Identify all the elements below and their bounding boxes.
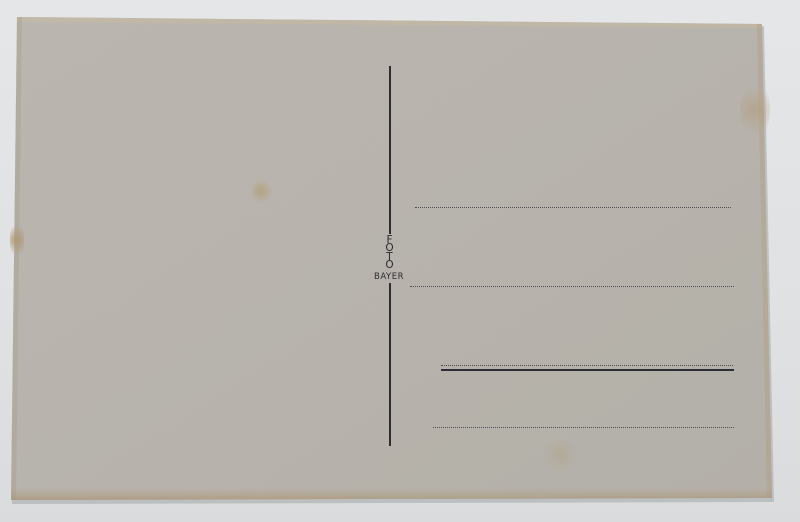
foto-imprint: F O T O <box>382 234 397 272</box>
foto-letter: O <box>382 261 397 269</box>
postcard-body <box>0 0 800 522</box>
address-line-2 <box>410 286 734 287</box>
bayer-imprint: BAYER <box>366 271 412 283</box>
address-line-3 <box>441 365 733 366</box>
address-line-4 <box>433 427 734 428</box>
address-line-1 <box>415 207 731 208</box>
address-line-underline <box>441 369 734 371</box>
postcard: F O T O BAYER <box>0 0 800 522</box>
